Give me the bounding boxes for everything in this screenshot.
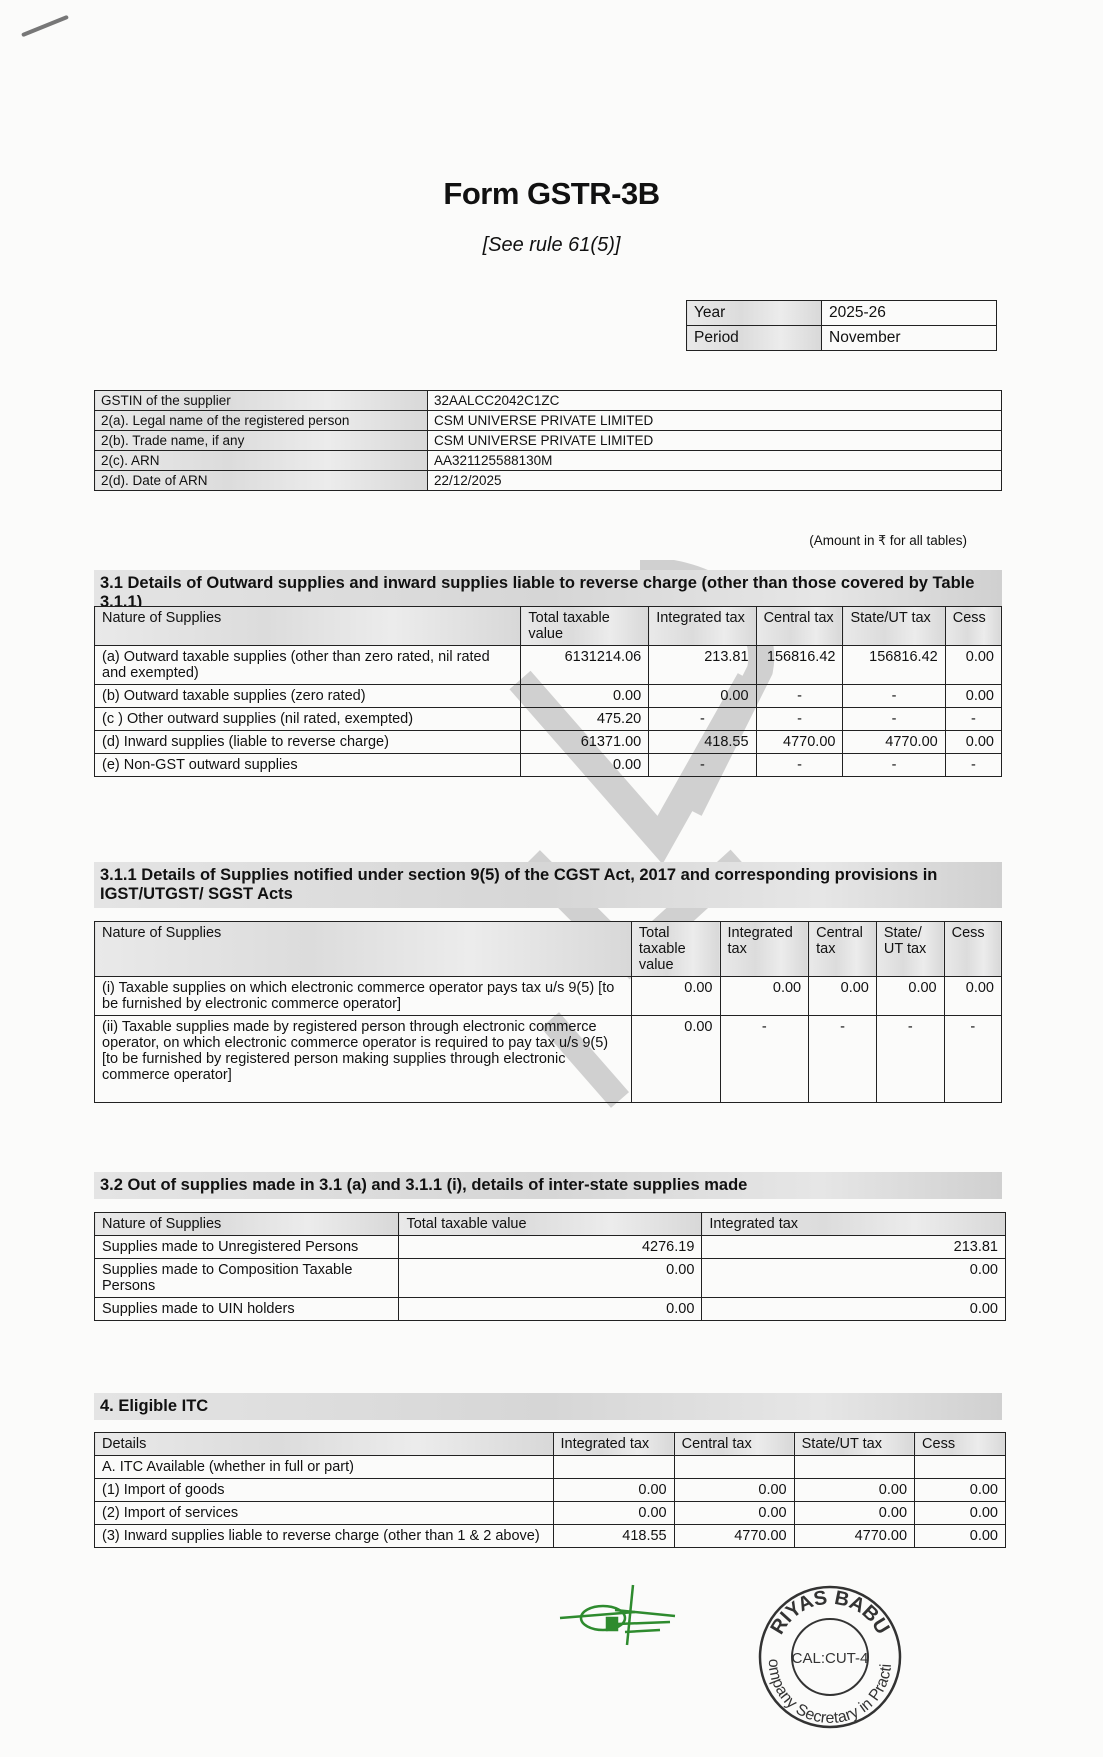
section-3-2-table: Nature of SuppliesTotal taxable valueInt… <box>94 1212 1006 1321</box>
period-table: Year 2025-26 Period November <box>686 300 997 351</box>
cell-igst: 418.55 <box>649 731 756 754</box>
cell-cgst: - <box>756 685 843 708</box>
cell-sgst: 4770.00 <box>794 1525 914 1548</box>
empty-cell <box>674 1456 794 1479</box>
svg-text:CAL:CUT-4: CAL:CUT-4 <box>792 1650 869 1667</box>
table-row: Supplies made to Composition Taxable Per… <box>95 1259 1006 1298</box>
section-3-2-heading: 3.2 Out of supplies made in 3.1 (a) and … <box>94 1172 1002 1199</box>
row-label: (b) Outward taxable supplies (zero rated… <box>95 685 521 708</box>
supplier-info-row: 2(a). Legal name of the registered perso… <box>95 411 1002 431</box>
cell-cess: - <box>945 708 1001 731</box>
cell-cgst: - <box>756 754 843 777</box>
pen-mark <box>21 15 69 37</box>
header-row: Nature of SuppliesTotal taxable valueInt… <box>95 1213 1006 1236</box>
cell-taxable: 61371.00 <box>521 731 649 754</box>
signature <box>555 1580 695 1650</box>
company-secretary-stamp: RIYAS BABU Company Secretary in Practice… <box>755 1582 905 1732</box>
cell-cgst: 4770.00 <box>674 1525 794 1548</box>
svg-text:RIYAS BABU: RIYAS BABU <box>766 1587 893 1638</box>
cell-taxable: 6131214.06 <box>521 646 649 685</box>
supplier-info-row: GSTIN of the supplier32AALCC2042C1ZC <box>95 391 1002 411</box>
column-header: Integrated tax <box>553 1433 674 1456</box>
cell-sgst: 156816.42 <box>843 646 945 685</box>
period-row: Period November <box>687 326 997 351</box>
itc-group-label: A. ITC Available (whether in full or par… <box>95 1456 554 1479</box>
cell-igst: - <box>649 754 756 777</box>
column-header: Cess <box>944 922 1001 977</box>
column-header: Total taxable value <box>631 922 720 977</box>
column-header: Integrated tax <box>702 1213 1006 1236</box>
cell-igst: 418.55 <box>553 1525 674 1548</box>
year-value: 2025-26 <box>822 301 997 326</box>
cell-cess: 0.00 <box>915 1479 1006 1502</box>
row-label: (e) Non-GST outward supplies <box>95 754 521 777</box>
column-header: Cess <box>945 607 1001 646</box>
column-header: Central tax <box>674 1433 794 1456</box>
column-header: Central tax <box>809 922 877 977</box>
row-label: Supplies made to UIN holders <box>95 1298 399 1321</box>
row-label: (1) Import of goods <box>95 1479 554 1502</box>
section-3-1-1-heading: 3.1.1 Details of Supplies notified under… <box>94 862 1002 908</box>
cell-sgst: - <box>843 685 945 708</box>
cell-cgst: - <box>756 708 843 731</box>
column-header: Central tax <box>756 607 843 646</box>
column-header: Integrated tax <box>720 922 809 977</box>
cell-taxable: 0.00 <box>521 754 649 777</box>
row-label: (2) Import of services <box>95 1502 554 1525</box>
section-3-1-1-table: Nature of SuppliesTotal taxable valueInt… <box>94 921 1002 1103</box>
form-title: Form GSTR-3B <box>0 176 1103 212</box>
cell-igst: 213.81 <box>702 1236 1006 1259</box>
table-row: (2) Import of services0.000.000.000.00 <box>95 1502 1006 1525</box>
cell-cgst: 0.00 <box>674 1479 794 1502</box>
amount-note: (Amount in ₹ for all tables) <box>809 533 967 549</box>
cell-igst: 0.00 <box>553 1479 674 1502</box>
column-header: State/ UT tax <box>876 922 944 977</box>
cell-sgst: 0.00 <box>794 1502 914 1525</box>
table-row: (b) Outward taxable supplies (zero rated… <box>95 685 1002 708</box>
header-row: DetailsIntegrated taxCentral taxState/UT… <box>95 1433 1006 1456</box>
column-header: Integrated tax <box>649 607 756 646</box>
cell-cess: 0.00 <box>944 977 1001 1016</box>
cell-cess: 0.00 <box>915 1502 1006 1525</box>
table-row: (a) Outward taxable supplies (other than… <box>95 646 1002 685</box>
section-4-table: DetailsIntegrated taxCentral taxState/UT… <box>94 1432 1006 1548</box>
form-subtitle: [See rule 61(5)] <box>0 234 1103 257</box>
column-header: Nature of Supplies <box>95 922 632 977</box>
header-row: Nature of SuppliesTotal taxable valueInt… <box>95 607 1002 646</box>
column-header: State/UT tax <box>794 1433 914 1456</box>
cell-sgst: 4770.00 <box>843 731 945 754</box>
column-header: State/UT tax <box>843 607 945 646</box>
cell-cgst: - <box>809 1016 877 1103</box>
year-row: Year 2025-26 <box>687 301 997 326</box>
row-label: (d) Inward supplies (liable to reverse c… <box>95 731 521 754</box>
cell-igst: 0.00 <box>649 685 756 708</box>
column-header: Total taxable value <box>399 1213 702 1236</box>
cell-sgst: 0.00 <box>876 977 944 1016</box>
section-4-heading: 4. Eligible ITC <box>94 1393 1002 1420</box>
header-row: Nature of SuppliesTotal taxable valueInt… <box>95 922 1002 977</box>
cell-cess: 0.00 <box>945 646 1001 685</box>
cell-cgst: 4770.00 <box>756 731 843 754</box>
supplier-info-value: 22/12/2025 <box>428 471 1002 491</box>
row-label: Supplies made to Composition Taxable Per… <box>95 1259 399 1298</box>
table-row: (c ) Other outward supplies (nil rated, … <box>95 708 1002 731</box>
cell-taxable: 4276.19 <box>399 1236 702 1259</box>
table-row: Supplies made to UIN holders0.000.00 <box>95 1298 1006 1321</box>
row-label: (i) Taxable supplies on which electronic… <box>95 977 632 1016</box>
cell-cess: 0.00 <box>945 731 1001 754</box>
supplier-info-row: 2(d). Date of ARN22/12/2025 <box>95 471 1002 491</box>
supplier-info-label: GSTIN of the supplier <box>95 391 428 411</box>
cell-taxable: 0.00 <box>399 1298 702 1321</box>
year-label: Year <box>687 301 822 326</box>
supplier-info-label: 2(d). Date of ARN <box>95 471 428 491</box>
cell-sgst: - <box>843 708 945 731</box>
supplier-info-row: 2(c). ARNAA321125588130M <box>95 451 1002 471</box>
cell-taxable: 0.00 <box>521 685 649 708</box>
row-label: (a) Outward taxable supplies (other than… <box>95 646 521 685</box>
table-row: (1) Import of goods0.000.000.000.00 <box>95 1479 1006 1502</box>
table-row: (d) Inward supplies (liable to reverse c… <box>95 731 1002 754</box>
itc-group-row: A. ITC Available (whether in full or par… <box>95 1456 1006 1479</box>
supplier-info-value: CSM UNIVERSE PRIVATE LIMITED <box>428 411 1002 431</box>
column-header: Nature of Supplies <box>95 1213 399 1236</box>
table-row: (ii) Taxable supplies made by registered… <box>95 1016 1002 1103</box>
row-label: (3) Inward supplies liable to reverse ch… <box>95 1525 554 1548</box>
supplier-info-value: AA321125588130M <box>428 451 1002 471</box>
supplier-info-value: 32AALCC2042C1ZC <box>428 391 1002 411</box>
cell-cess: 0.00 <box>915 1525 1006 1548</box>
empty-cell <box>915 1456 1006 1479</box>
cell-sgst: - <box>876 1016 944 1103</box>
cell-igst: 0.00 <box>702 1298 1006 1321</box>
cell-taxable: 0.00 <box>631 1016 720 1103</box>
cell-cess: - <box>945 754 1001 777</box>
cell-igst: - <box>649 708 756 731</box>
period-label: Period <box>687 326 822 351</box>
cell-cess: - <box>944 1016 1001 1103</box>
supplier-info-table: GSTIN of the supplier32AALCC2042C1ZC2(a)… <box>94 390 1002 491</box>
table-row: (i) Taxable supplies on which electronic… <box>95 977 1002 1016</box>
cell-cess: 0.00 <box>945 685 1001 708</box>
table-row: (3) Inward supplies liable to reverse ch… <box>95 1525 1006 1548</box>
column-header: Nature of Supplies <box>95 607 521 646</box>
cell-sgst: - <box>843 754 945 777</box>
supplier-info-row: 2(b). Trade name, if anyCSM UNIVERSE PRI… <box>95 431 1002 451</box>
column-header: Total taxable value <box>521 607 649 646</box>
row-label: (c ) Other outward supplies (nil rated, … <box>95 708 521 731</box>
period-value: November <box>822 326 997 351</box>
cell-taxable: 0.00 <box>399 1259 702 1298</box>
cell-igst: 0.00 <box>702 1259 1006 1298</box>
row-label: Supplies made to Unregistered Persons <box>95 1236 399 1259</box>
table-row: Supplies made to Unregistered Persons427… <box>95 1236 1006 1259</box>
section-3-1-table: Nature of SuppliesTotal taxable valueInt… <box>94 606 1002 777</box>
cell-taxable: 475.20 <box>521 708 649 731</box>
column-header: Cess <box>915 1433 1006 1456</box>
cell-sgst: 0.00 <box>794 1479 914 1502</box>
column-header: Details <box>95 1433 554 1456</box>
supplier-info-label: 2(a). Legal name of the registered perso… <box>95 411 428 431</box>
supplier-info-label: 2(b). Trade name, if any <box>95 431 428 451</box>
cell-cgst: 0.00 <box>674 1502 794 1525</box>
supplier-info-value: CSM UNIVERSE PRIVATE LIMITED <box>428 431 1002 451</box>
cell-cgst: 156816.42 <box>756 646 843 685</box>
cell-igst: 0.00 <box>553 1502 674 1525</box>
cell-taxable: 0.00 <box>631 977 720 1016</box>
cell-igst: 0.00 <box>720 977 809 1016</box>
cell-cgst: 0.00 <box>809 977 877 1016</box>
supplier-info-label: 2(c). ARN <box>95 451 428 471</box>
cell-igst: 213.81 <box>649 646 756 685</box>
empty-cell <box>794 1456 914 1479</box>
table-row: (e) Non-GST outward supplies0.00---- <box>95 754 1002 777</box>
row-label: (ii) Taxable supplies made by registered… <box>95 1016 632 1103</box>
empty-cell <box>553 1456 674 1479</box>
cell-igst: - <box>720 1016 809 1103</box>
